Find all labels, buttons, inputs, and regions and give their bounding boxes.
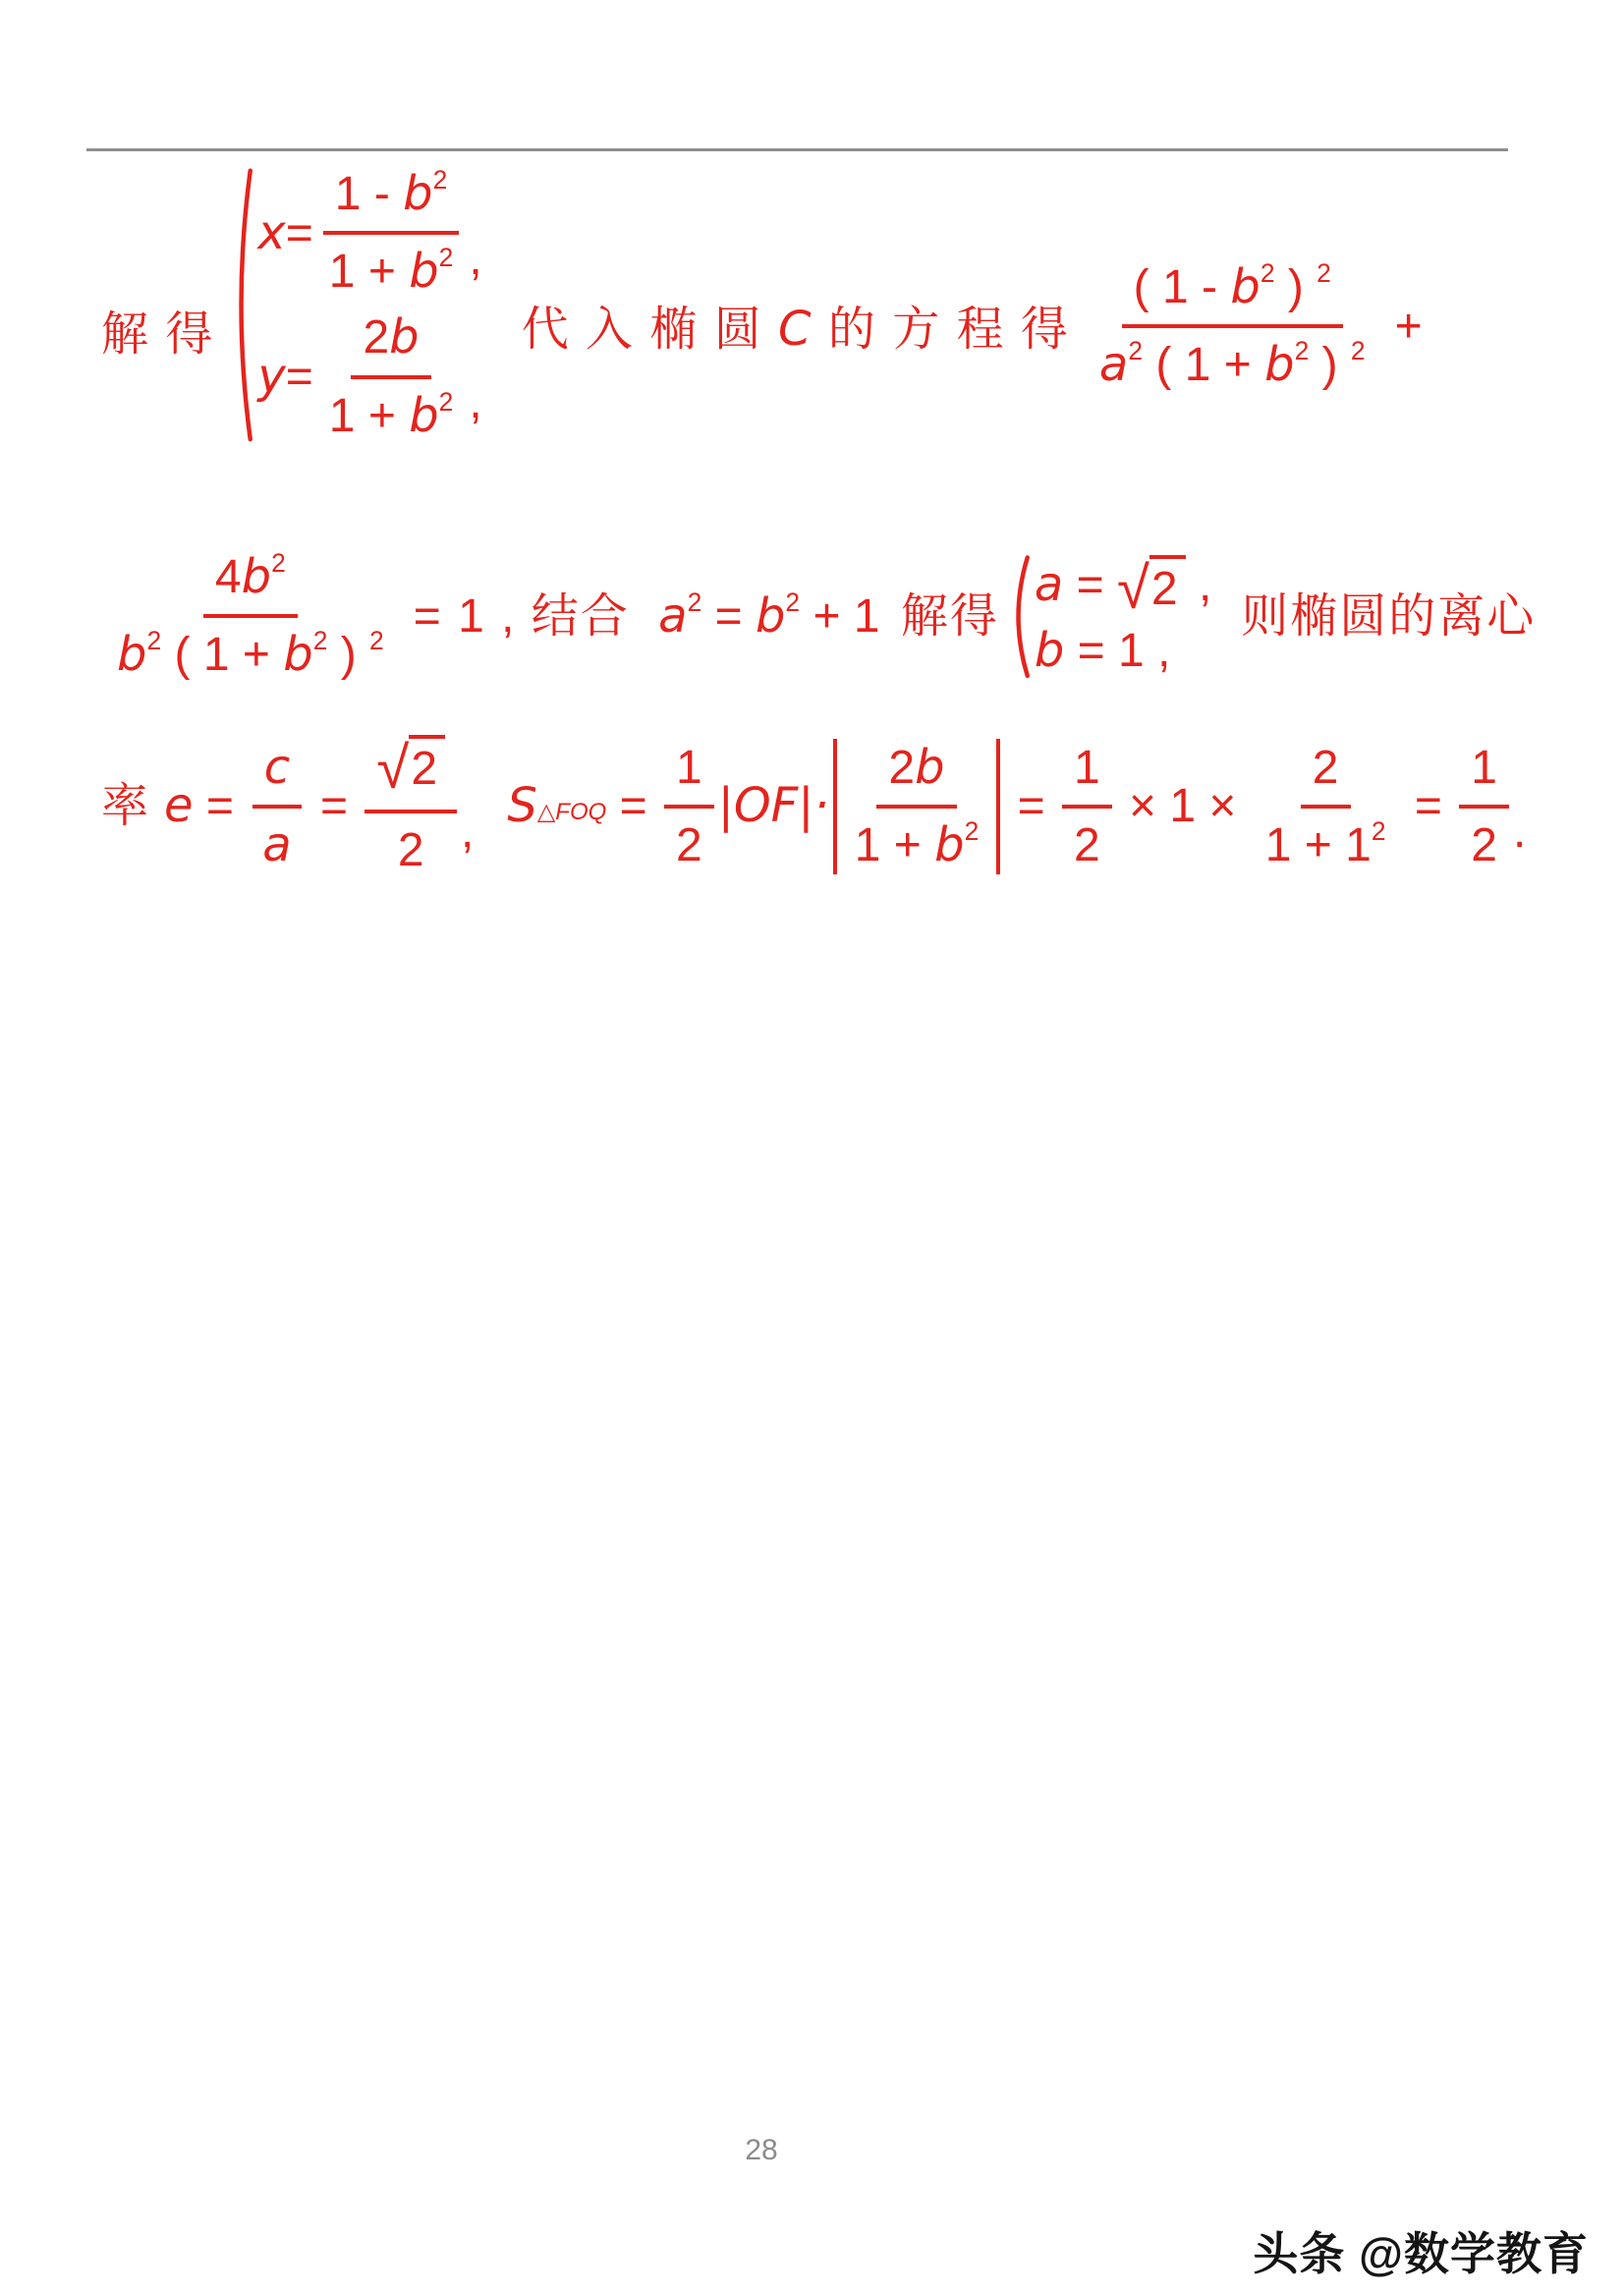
area-computation: S△FOQ = 12|OF|·2b1 + b2 = 12 × 1 × 21 + …: [507, 739, 1526, 874]
numerator: 4b2: [203, 548, 298, 618]
fraction-half: 12: [1062, 739, 1112, 874]
lead-text: 解 得: [101, 308, 214, 362]
relation-a2-b2: a2 = b2 + 1: [658, 589, 893, 644]
var-x: x: [257, 206, 285, 260]
math-line-2: 4b2 b2 ( 1 + b2 ) 2 = 1 , 结合 a2 = b2 + 1…: [101, 548, 1604, 684]
watermark: 头条 @数学教育: [1253, 2218, 1589, 2283]
var-y: y: [257, 350, 285, 404]
of-segment: |OF|·: [718, 779, 829, 833]
fraction-x: 1 - b21 + b2: [317, 165, 466, 301]
fraction-2-over: 21 + 12: [1254, 739, 1398, 874]
page-number: 28: [732, 2134, 791, 2167]
sqrt-2: √2: [1117, 555, 1186, 616]
sqrt-2: √2: [376, 735, 445, 796]
fraction-2b: 2b1 + b2: [843, 739, 991, 874]
denominator: 1 + b2: [317, 235, 466, 301]
equation-b: b = 1 ,: [1035, 624, 1171, 678]
numerator: 1 - b2: [323, 165, 460, 235]
fraction-4b2: 4b2 b2 ( 1 + b2 ) 2: [105, 548, 396, 684]
eccentricity-value: e = ca = √22,: [164, 733, 474, 880]
system-rows: a = √2 , b = 1 ,: [1031, 555, 1211, 678]
absolute-value: 2b1 + b2: [833, 739, 1001, 874]
denominator: 1 + b2: [317, 379, 466, 445]
left-brace-icon: [1005, 555, 1031, 678]
document-page: 解 得 x=1 - b21 + b2, y=2b1 + b2, 代 入 椭 圆 …: [0, 0, 1624, 2296]
fraction-substituted: ( 1 - b2 ) 2 a2 ( 1 + b2 ) 2: [1088, 258, 1377, 394]
fraction-half: 12: [664, 739, 714, 874]
math-line-3: 率 e = ca = √22, S△FOQ = 12|OF|·2b1 + b2 …: [101, 733, 1604, 880]
numerator: 2b: [351, 308, 430, 378]
var-C: C: [778, 302, 813, 357]
equals: =: [286, 350, 313, 404]
denominator: b2 ( 1 + b2 ) 2: [105, 618, 396, 684]
equation-y: y=2b1 + b2,: [257, 308, 481, 444]
lead-text: 率: [101, 779, 150, 833]
fraction-c-a: ca: [251, 739, 303, 874]
denominator: a2 ( 1 + b2 ) 2: [1088, 328, 1377, 394]
comma: ,: [461, 805, 474, 859]
equation-x: x=1 - b21 + b2,: [257, 165, 481, 301]
numerator: ( 1 - b2 ) 2: [1122, 258, 1343, 328]
system-rows: x=1 - b21 + b2, y=2b1 + b2,: [253, 165, 481, 445]
equation-a: a = √2 ,: [1035, 555, 1211, 616]
comma: ,: [469, 232, 481, 286]
left-brace-icon: [228, 165, 253, 445]
equation-system-xy: x=1 - b21 + b2, y=2b1 + b2,: [228, 165, 481, 445]
period: .: [1513, 805, 1526, 859]
mid-text: 代 入 椭 圆 C 的 方 程 得: [522, 303, 1070, 357]
equation-system-ab: a = √2 , b = 1 ,: [1005, 555, 1211, 678]
equals: =: [286, 206, 313, 260]
math-line-1: 解 得 x=1 - b21 + b2, y=2b1 + b2, 代 入 椭 圆 …: [101, 165, 1595, 445]
comma: ,: [1186, 558, 1212, 612]
fraction-half: 12: [1459, 739, 1509, 874]
plus-sign: +: [1395, 300, 1423, 354]
fraction-y: 2b1 + b2: [317, 308, 466, 444]
fraction-sqrt2-2: √22: [364, 733, 457, 880]
equals-one-combine-text: = 1 , 结合: [414, 589, 644, 644]
top-divider: [86, 148, 1508, 151]
eccentricity-text: 则椭圆的离心: [1241, 589, 1536, 644]
solve-text: 解得: [901, 589, 999, 644]
comma: ,: [469, 375, 481, 429]
